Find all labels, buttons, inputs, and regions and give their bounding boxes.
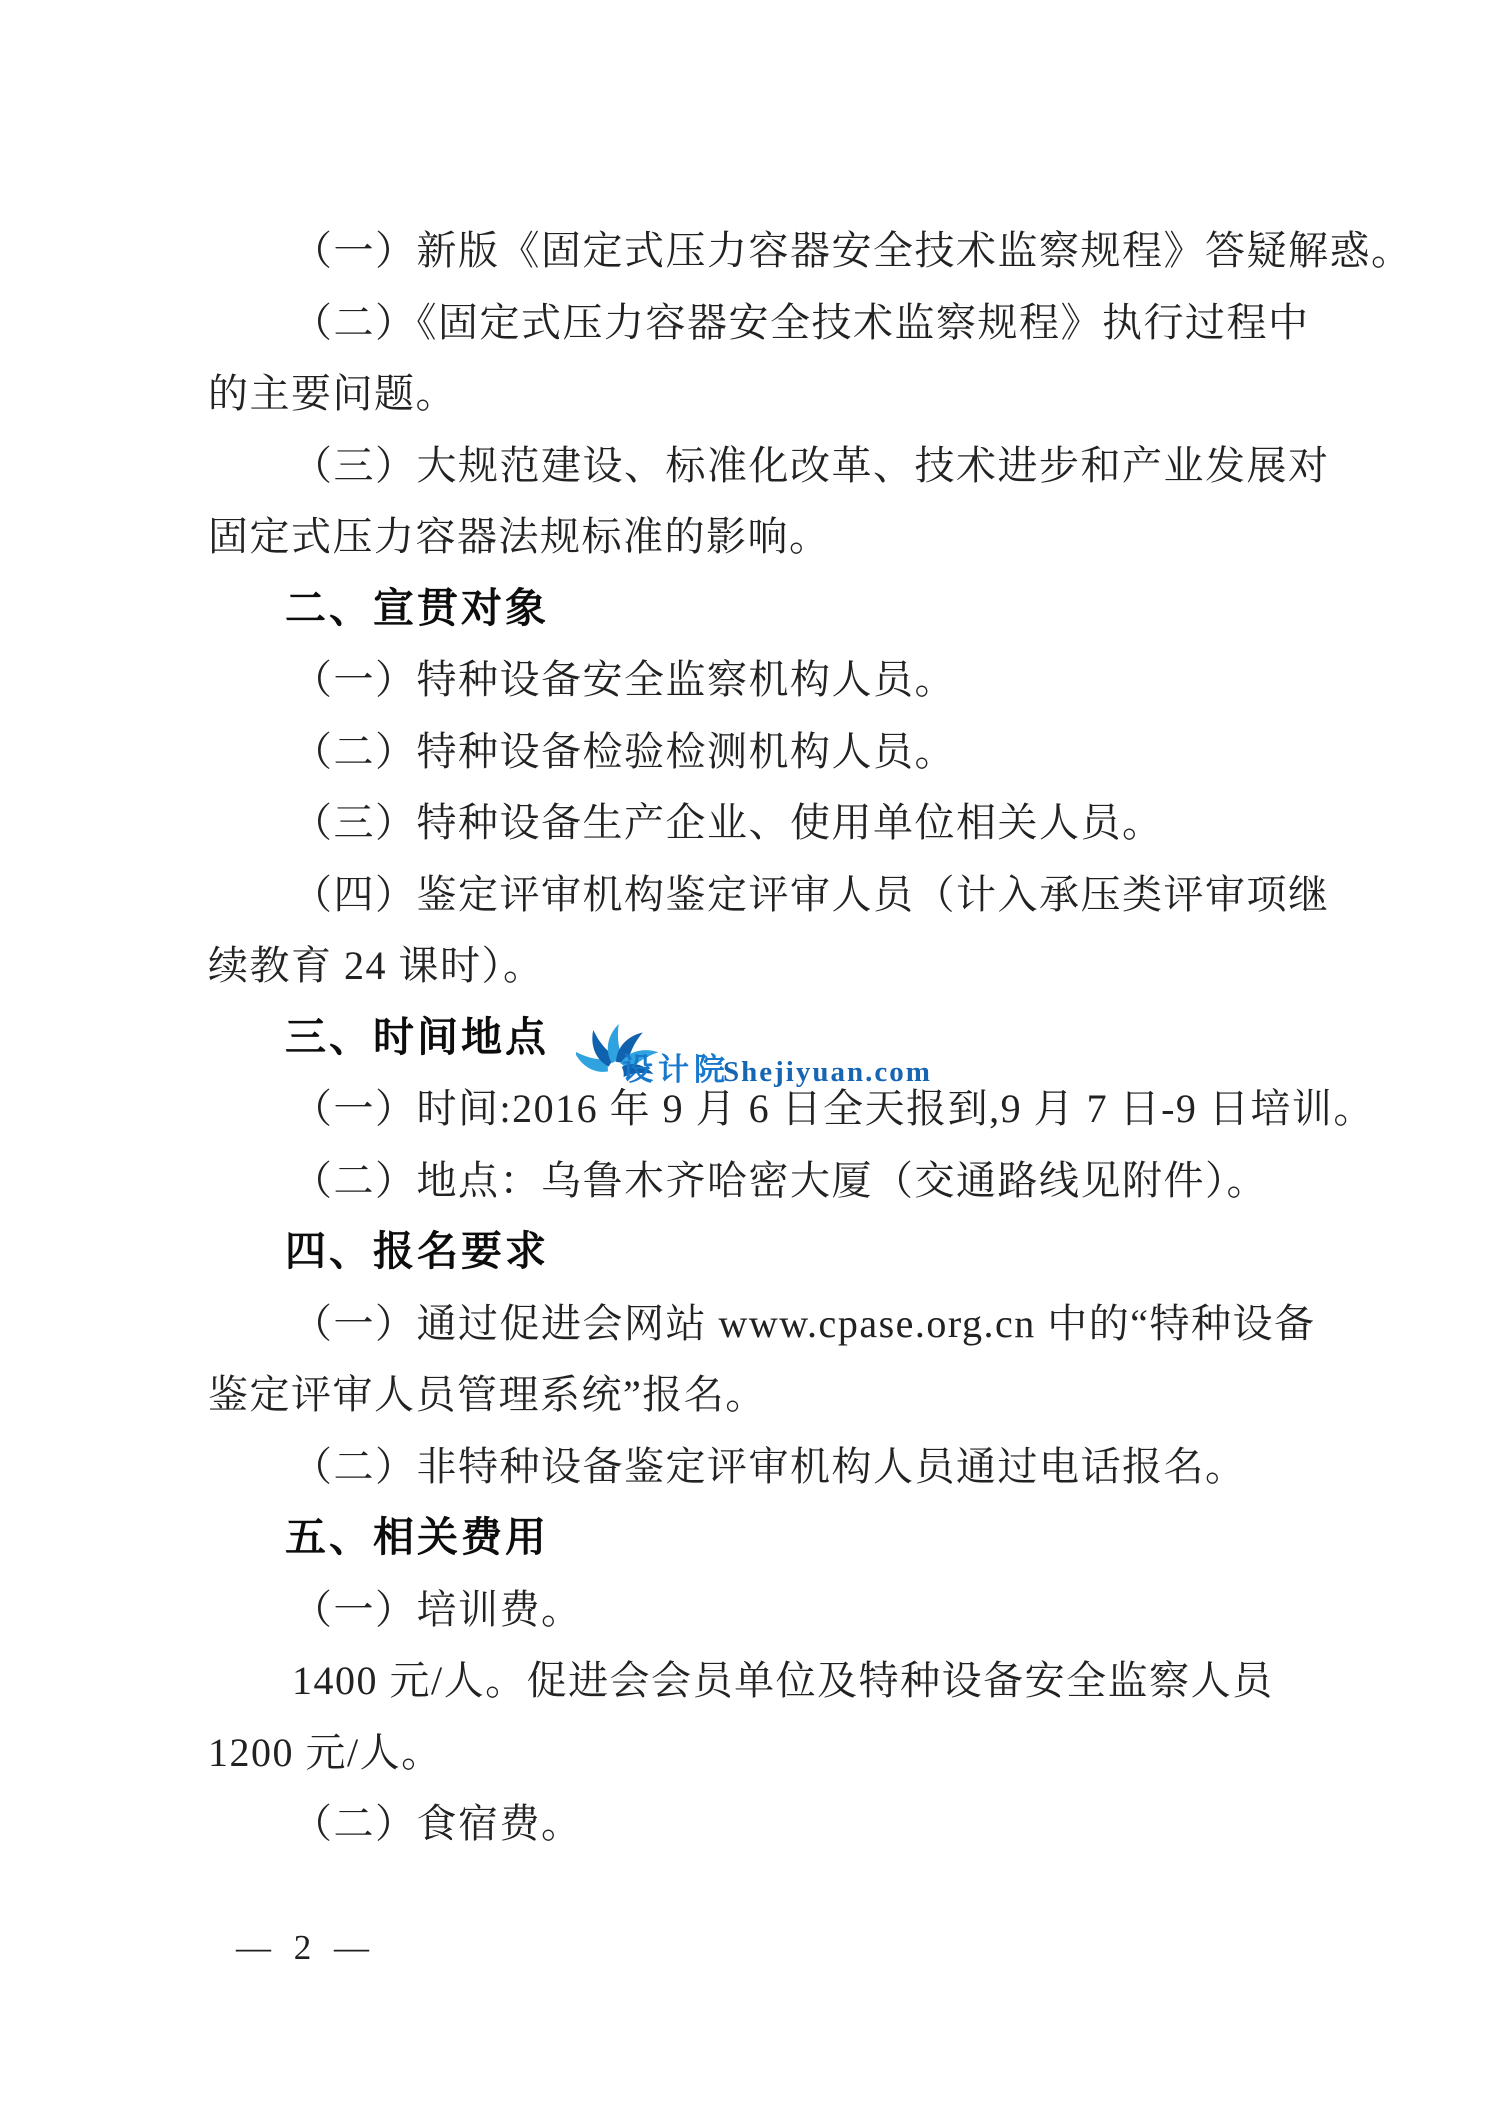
body-text-line: 1200 元/人。 [208, 1717, 1323, 1789]
body-text-line: 1400 元/人。促进会会员单位及特种设备安全监察人员 [208, 1645, 1323, 1717]
section-heading: 二、宣贯对象 [208, 573, 1323, 645]
body-text-line: （四）鉴定评审机构鉴定评审人员（计入承压类评审项继 [208, 859, 1323, 931]
body-text-line: 鉴定评审人员管理系统”报名。 [208, 1359, 1323, 1431]
body-text-line: （一）新版《固定式压力容器安全技术监察规程》答疑解惑。 [208, 215, 1323, 287]
body-text-line: （一）通过促进会网站 www.cpase.org.cn 中的“特种设备 [208, 1288, 1323, 1360]
body-text-line: （一）时间:2016 年 9 月 6 日全天报到,9 月 7 日-9 日培训。 [208, 1073, 1323, 1145]
document-body: （一）新版《固定式压力容器安全技术监察规程》答疑解惑。（二）《固定式压力容器安全… [208, 215, 1323, 1860]
body-text-line: （二）《固定式压力容器安全技术监察规程》执行过程中 [208, 287, 1323, 359]
body-text-line: 固定式压力容器法规标准的影响。 [208, 501, 1323, 573]
section-heading: 五、相关费用 [208, 1502, 1323, 1574]
body-text-line: （三）大规范建设、标准化改革、技术进步和产业发展对 [208, 430, 1323, 502]
body-text-line: （一）培训费。 [208, 1574, 1323, 1646]
section-heading: 三、时间地点 [208, 1002, 1323, 1074]
body-text-line: （二）食宿费。 [208, 1788, 1323, 1860]
body-text-line: 续教育 24 课时）。 [208, 930, 1323, 1002]
body-text-line: （二）地点：乌鲁木齐哈密大厦（交通路线见附件）。 [208, 1145, 1323, 1217]
section-heading: 四、报名要求 [208, 1216, 1323, 1288]
page-number: — 2 — [236, 1928, 376, 1968]
body-text-line: （二）非特种设备鉴定评审机构人员通过电话报名。 [208, 1431, 1323, 1503]
body-text-line: （二）特种设备检验检测机构人员。 [208, 716, 1323, 788]
body-text-line: 的主要问题。 [208, 358, 1323, 430]
body-text-line: （三）特种设备生产企业、使用单位相关人员。 [208, 787, 1323, 859]
document-page: （一）新版《固定式压力容器安全技术监察规程》答疑解惑。（二）《固定式压力容器安全… [0, 0, 1500, 2121]
body-text-line: （一）特种设备安全监察机构人员。 [208, 644, 1323, 716]
